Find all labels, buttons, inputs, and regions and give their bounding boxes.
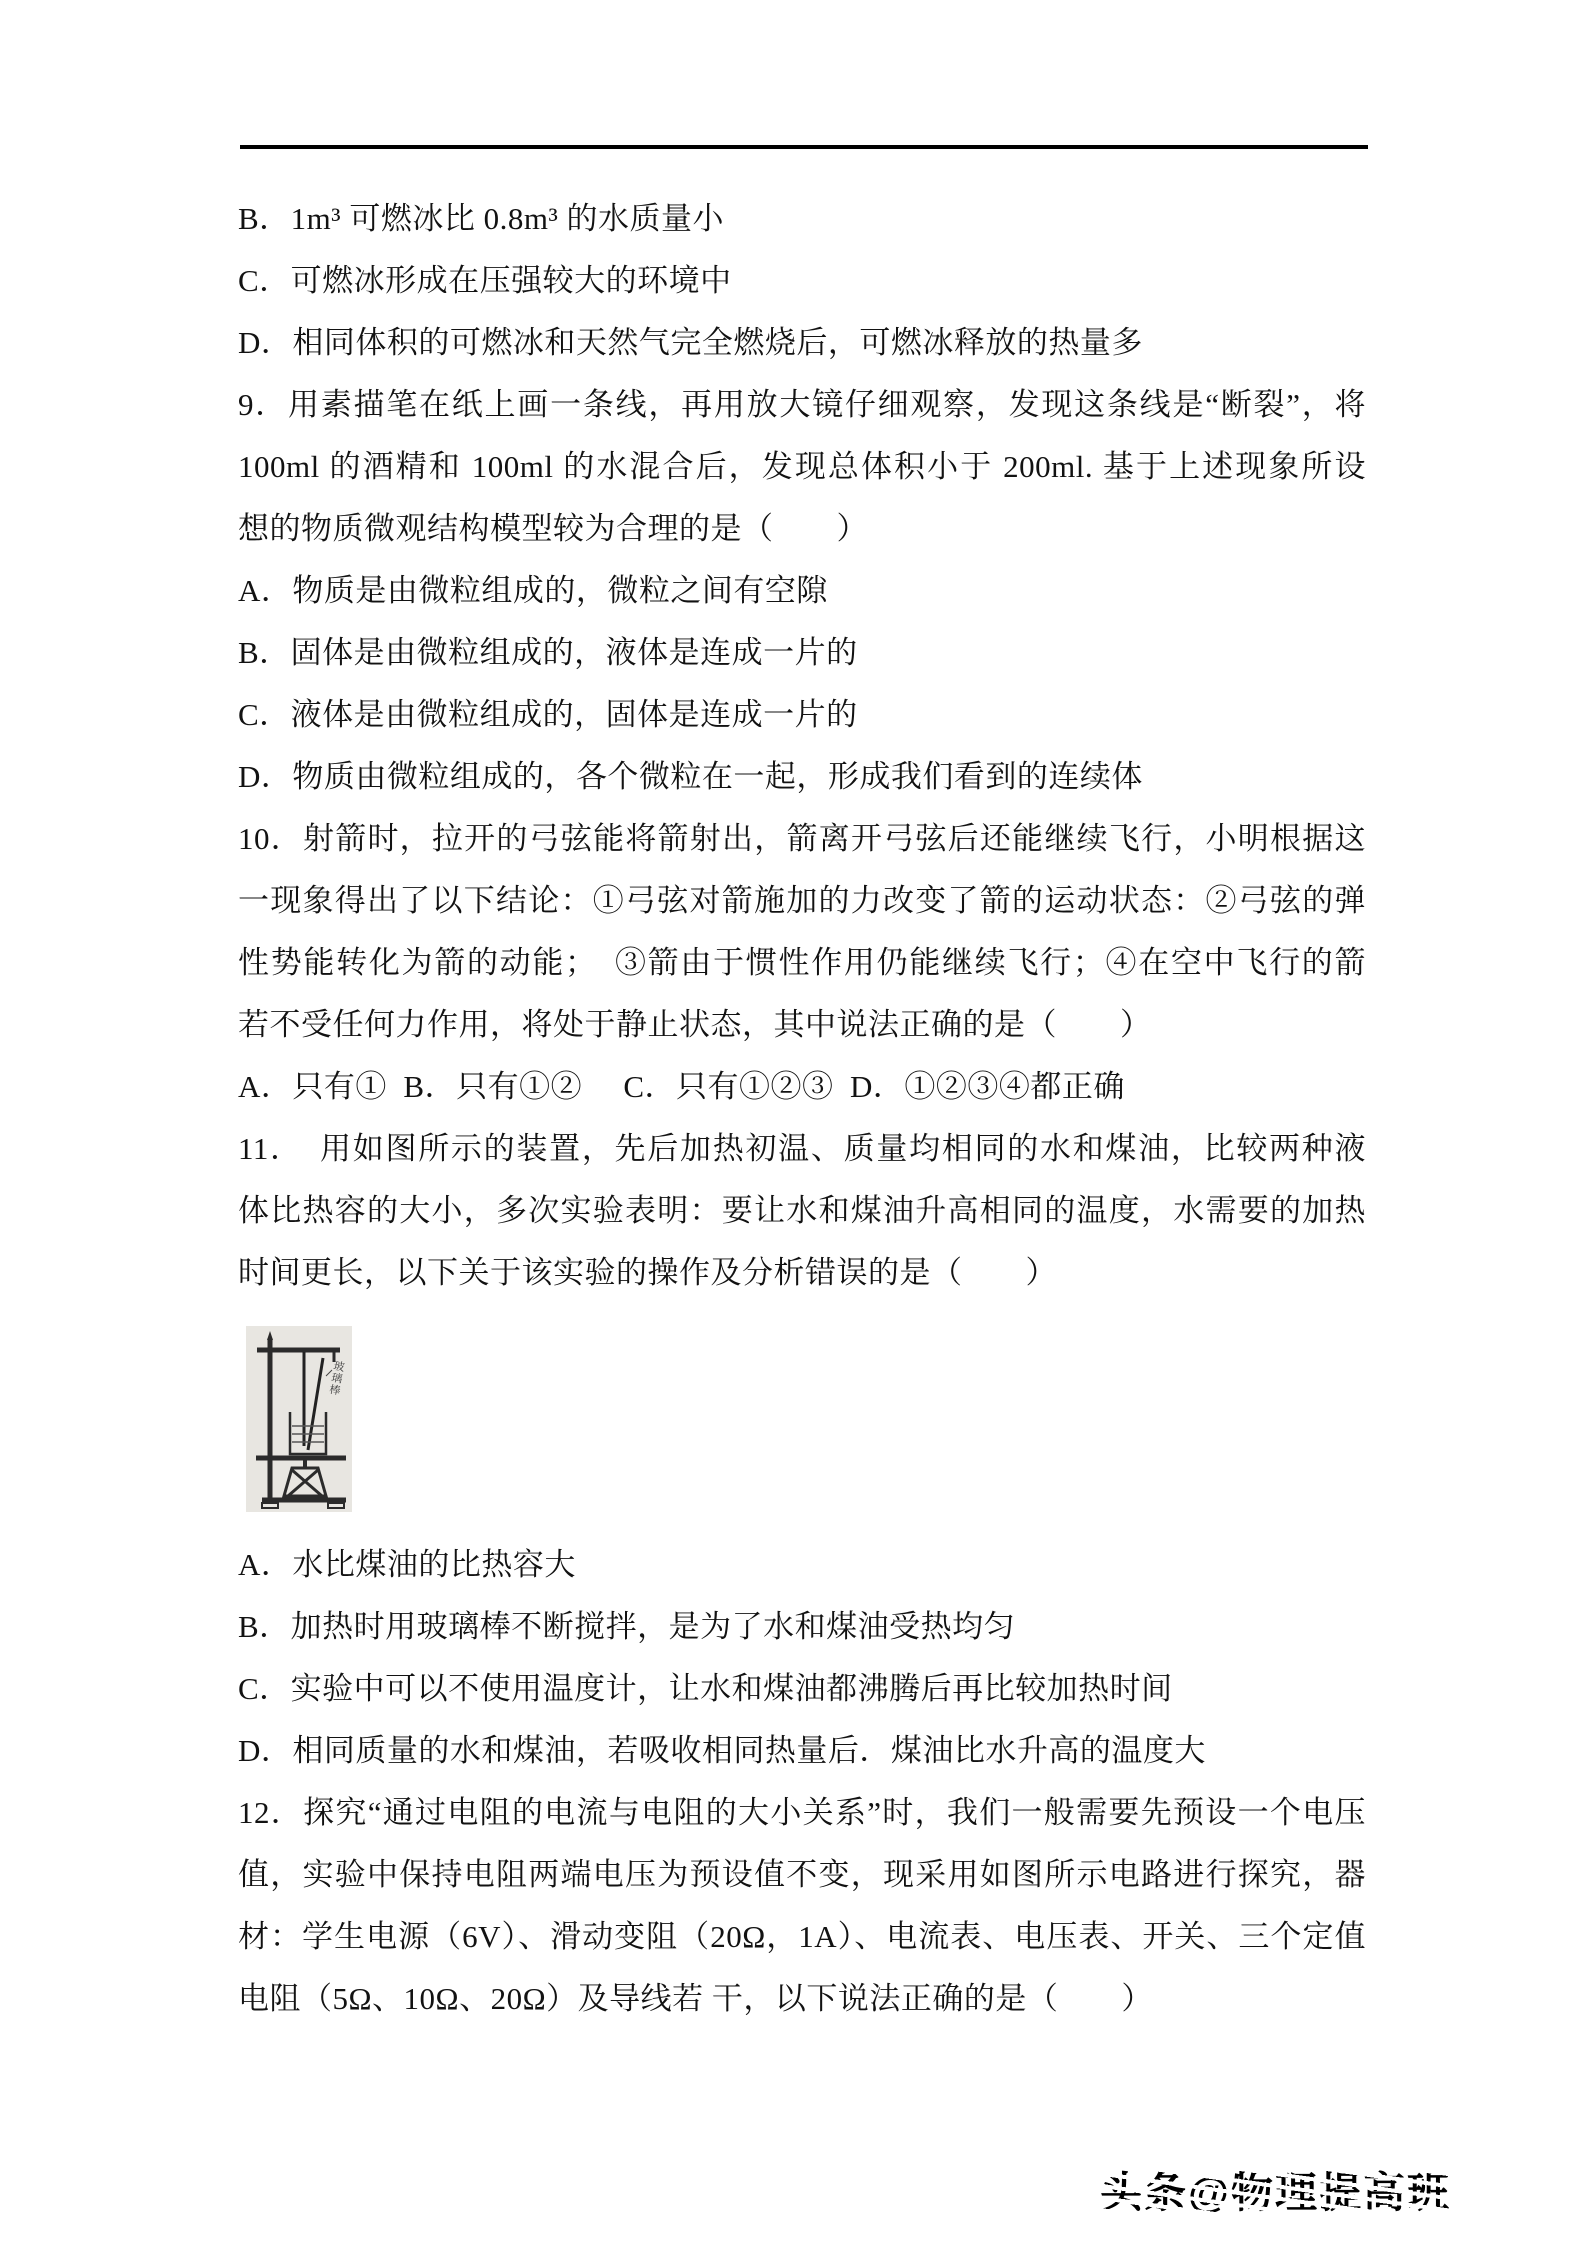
q10-stem-line-3: 性势能转化为箭的动能； ③箭由于惯性作用仍能继续飞行；④在空中飞行的箭 [238,932,1366,994]
q11-option-c: C．实验中可以不使用温度计，让水和煤油都沸腾后再比较加热时间 [238,1658,1366,1720]
q10-stem-line-4: 若不受任何力作用，将处于静止状态，其中说法正确的是（ ） [238,994,1366,1056]
q12-stem-line-4: 电阻（5Ω、10Ω、20Ω）及导线若 干，以下说法正确的是（ ） [238,1968,1366,2030]
header-divider [240,145,1368,149]
q9-stem-line-2: 100ml 的酒精和 100ml 的水混合后，发现总体积小于 200ml. 基于… [238,436,1366,498]
q9-option-d: D．物质由微粒组成的，各个微粒在一起，形成我们看到的连续体 [238,746,1366,808]
apparatus-illustration [246,1326,352,1512]
q11-apparatus-figure: 玻璃棒 [246,1326,352,1512]
q9-option-c: C．液体是由微粒组成的，固体是连成一片的 [238,684,1366,746]
q12-stem-line-3: 材：学生电源（6V）、滑动变阻（20Ω，1A）、电流表、电压表、开关、三个定值 [238,1906,1366,1968]
q10-stem-line-2: 一现象得出了以下结论：①弓弦对箭施加的力改变了箭的运动状态：②弓弦的弹 [238,870,1366,932]
q8-option-c: C．可燃冰形成在压强较大的环境中 [238,250,1366,312]
q11-stem-line-2: 体比热容的大小，多次实验表明：要让水和煤油升高相同的温度，水需要的加热 [238,1180,1366,1242]
q11-option-b: B．加热时用玻璃棒不断搅拌，是为了水和煤油受热均匀 [238,1596,1366,1658]
q11-option-d: D．相同质量的水和煤油，若吸收相同热量后．煤油比水升高的温度大 [238,1720,1366,1782]
q12-stem-line-2: 值，实验中保持电阻两端电压为预设值不变，现采用如图所示电路进行探究，器 [238,1844,1366,1906]
q11-stem-line-1: 11． 用如图所示的装置，先后加热初温、质量均相同的水和煤油，比较两种液 [238,1118,1366,1180]
q8-option-b: B．1m³ 可燃冰比 0.8m³ 的水质量小 [238,188,1366,250]
q11-stem-line-3: 时间更长，以下关于该实验的操作及分析错误的是（ ） [238,1242,1366,1304]
q9-option-a: A．物质是由微粒组成的，微粒之间有空隙 [238,560,1366,622]
q12-stem-line-1: 12．探究“通过电阻的电流与电阻的大小关系”时，我们一般需要先预设一个电压 [238,1782,1366,1844]
q10-options-row: A．只有① B．只有①② C．只有①②③ D．①②③④都正确 [238,1056,1366,1118]
q11-figure-block: 玻璃棒 [238,1304,1366,1534]
q9-stem-line-1: 9．用素描笔在纸上画一条线，再用放大镜仔细观察，发现这条线是“断裂”，将 [238,374,1366,436]
q9-stem-line-3: 想的物质微观结构模型较为合理的是（ ） [238,498,1366,560]
q10-stem-line-1: 10．射箭时，拉开的弓弦能将箭射出，箭离开弓弦后还能继续飞行，小明根据这 [238,808,1366,870]
watermark: 头条@物理提高班 [1100,2160,1451,2220]
q11-option-a: A．水比煤油的比热容大 [238,1534,1366,1596]
q9-option-b: B．固体是由微粒组成的，液体是连成一片的 [238,622,1366,684]
q8-option-d: D．相同体积的可燃冰和天然气完全燃烧后，可燃冰释放的热量多 [238,312,1366,374]
exam-content: B．1m³ 可燃冰比 0.8m³ 的水质量小 C．可燃冰形成在压强较大的环境中 … [238,188,1366,2030]
document-page: B．1m³ 可燃冰比 0.8m³ 的水质量小 C．可燃冰形成在压强较大的环境中 … [0,0,1587,2245]
